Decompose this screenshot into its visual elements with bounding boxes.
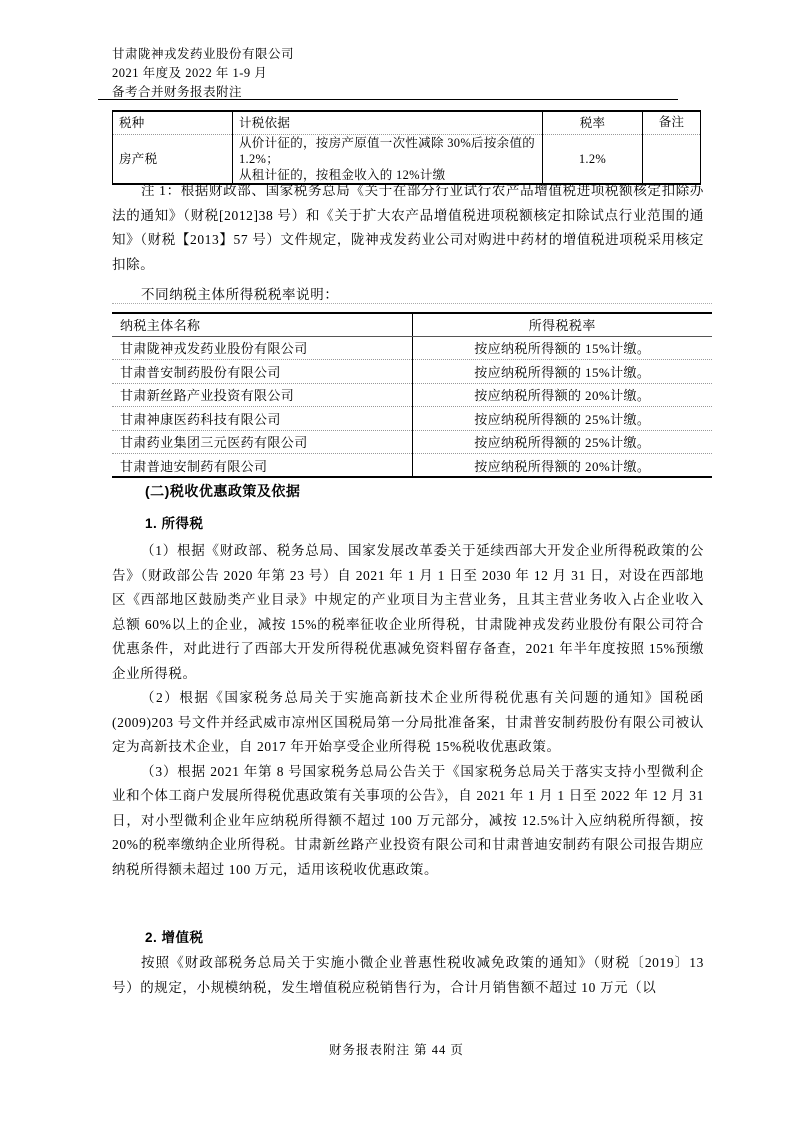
entity-table-header-row: 纳税主体名称 所得税税率 [112, 313, 712, 336]
cell-entity-rate: 按应纳税所得额的 25%计缴。 [412, 430, 712, 454]
cell-note [643, 134, 701, 184]
cell-tax-rate: 1.2% [543, 134, 643, 184]
tax-basis-header-row: 税种 计税依据 税率 备注 [113, 111, 701, 134]
cell-entity-rate: 按应纳税所得额的 25%计缴。 [412, 407, 712, 431]
doc-header-company: 甘肃陇神戎发药业股份有限公司 [112, 45, 294, 64]
doc-header-period: 2021 年度及 2022 年 1-9 月 [112, 64, 294, 83]
table-row: 甘肃神康医药科技有限公司 按应纳税所得额的 25%计缴。 [112, 407, 712, 431]
cell-entity-name: 甘肃神康医药科技有限公司 [112, 407, 412, 431]
cell-entity-rate: 按应纳税所得额的 20%计缴。 [412, 383, 712, 407]
tax-basis-table: 税种 计税依据 税率 备注 房产税 从价计征的，按房产原值一次性减除 30%后按… [112, 110, 701, 185]
header-rule [98, 99, 678, 100]
table-row: 甘肃普迪安制药有限公司 按应纳税所得额的 20%计缴。 [112, 454, 712, 478]
cell-entity-name: 甘肃新丝路产业投资有限公司 [112, 383, 412, 407]
note1-paragraph: 注 1：根据财政部、国家税务总局《关于在部分行业试行农产品增值税进项税额核定扣除… [112, 179, 704, 277]
document-page: 甘肃陇神戎发药业股份有限公司 2021 年度及 2022 年 1-9 月 备考合… [0, 0, 793, 1122]
tax-basis-line1: 从价计征的，按房产原值一次性减除 30%后按余值的 1.2%； [239, 135, 536, 167]
table-row: 甘肃陇神戎发药业股份有限公司 按应纳税所得额的 15%计缴。 [112, 336, 712, 360]
cell-entity-rate: 按应纳税所得额的 15%计缴。 [412, 336, 712, 360]
income-tax-paragraph-1: （1）根据《财政部、税务总局、国家发展改革委关于延续西部大开发企业所得税政策的公… [112, 539, 704, 686]
doc-header: 甘肃陇神戎发药业股份有限公司 2021 年度及 2022 年 1-9 月 备考合… [112, 45, 294, 102]
vat-paragraph: 按照《财政部税务总局关于实施小微企业普惠性税收减免政策的通知》（财税〔2019〕… [112, 951, 704, 1000]
page-footer: 财务报表附注 第 44 页 [0, 1040, 793, 1058]
subheading-vat: 2. 增值税 [145, 926, 204, 946]
cell-entity-name: 甘肃陇神戎发药业股份有限公司 [112, 336, 412, 360]
cell-tax-basis: 从价计征的，按房产原值一次性减除 30%后按余值的 1.2%； 从租计征的，按租… [233, 134, 543, 184]
section-heading-tax-incentives: (二)税收优惠政策及依据 [145, 481, 300, 501]
table-row: 甘肃新丝路产业投资有限公司 按应纳税所得额的 20%计缴。 [112, 383, 712, 407]
table-row: 房产税 从价计征的，按房产原值一次性减除 30%后按余值的 1.2%； 从租计征… [113, 134, 701, 184]
col-header-note: 备注 [643, 111, 701, 134]
cell-entity-name: 甘肃普迪安制药有限公司 [112, 454, 412, 478]
cell-entity-rate: 按应纳税所得额的 15%计缴。 [412, 360, 712, 384]
income-tax-paragraph-3: （3）根据 2021 年第 8 号国家税务总局公告关于《国家税务总局关于落实支持… [112, 760, 704, 883]
cell-tax-type: 房产税 [113, 134, 233, 184]
col-header-entity-name: 纳税主体名称 [112, 313, 412, 336]
entity-rate-table: 纳税主体名称 所得税税率 甘肃陇神戎发药业股份有限公司 按应纳税所得额的 15%… [112, 312, 712, 478]
cell-entity-rate: 按应纳税所得额的 20%计缴。 [412, 454, 712, 478]
income-tax-paragraphs: （1）根据《财政部、税务总局、国家发展改革委关于延续西部大开发企业所得税政策的公… [112, 539, 704, 882]
table-row: 甘肃药业集团三元医药有限公司 按应纳税所得额的 25%计缴。 [112, 430, 712, 454]
col-header-tax-type: 税种 [113, 111, 233, 134]
entity-table-top-rule [112, 303, 712, 304]
col-header-income-tax-rate: 所得税税率 [412, 313, 712, 336]
table-row: 甘肃普安制药股份有限公司 按应纳税所得额的 15%计缴。 [112, 360, 712, 384]
income-tax-paragraph-2: （2）根据《国家税务总局关于实施高新技术企业所得税优惠有关问题的通知》国税函(2… [112, 686, 704, 760]
col-header-tax-basis: 计税依据 [233, 111, 543, 134]
cell-entity-name: 甘肃普安制药股份有限公司 [112, 360, 412, 384]
cell-entity-name: 甘肃药业集团三元医药有限公司 [112, 430, 412, 454]
col-header-tax-rate: 税率 [543, 111, 643, 134]
subheading-income-tax: 1. 所得税 [145, 512, 204, 532]
